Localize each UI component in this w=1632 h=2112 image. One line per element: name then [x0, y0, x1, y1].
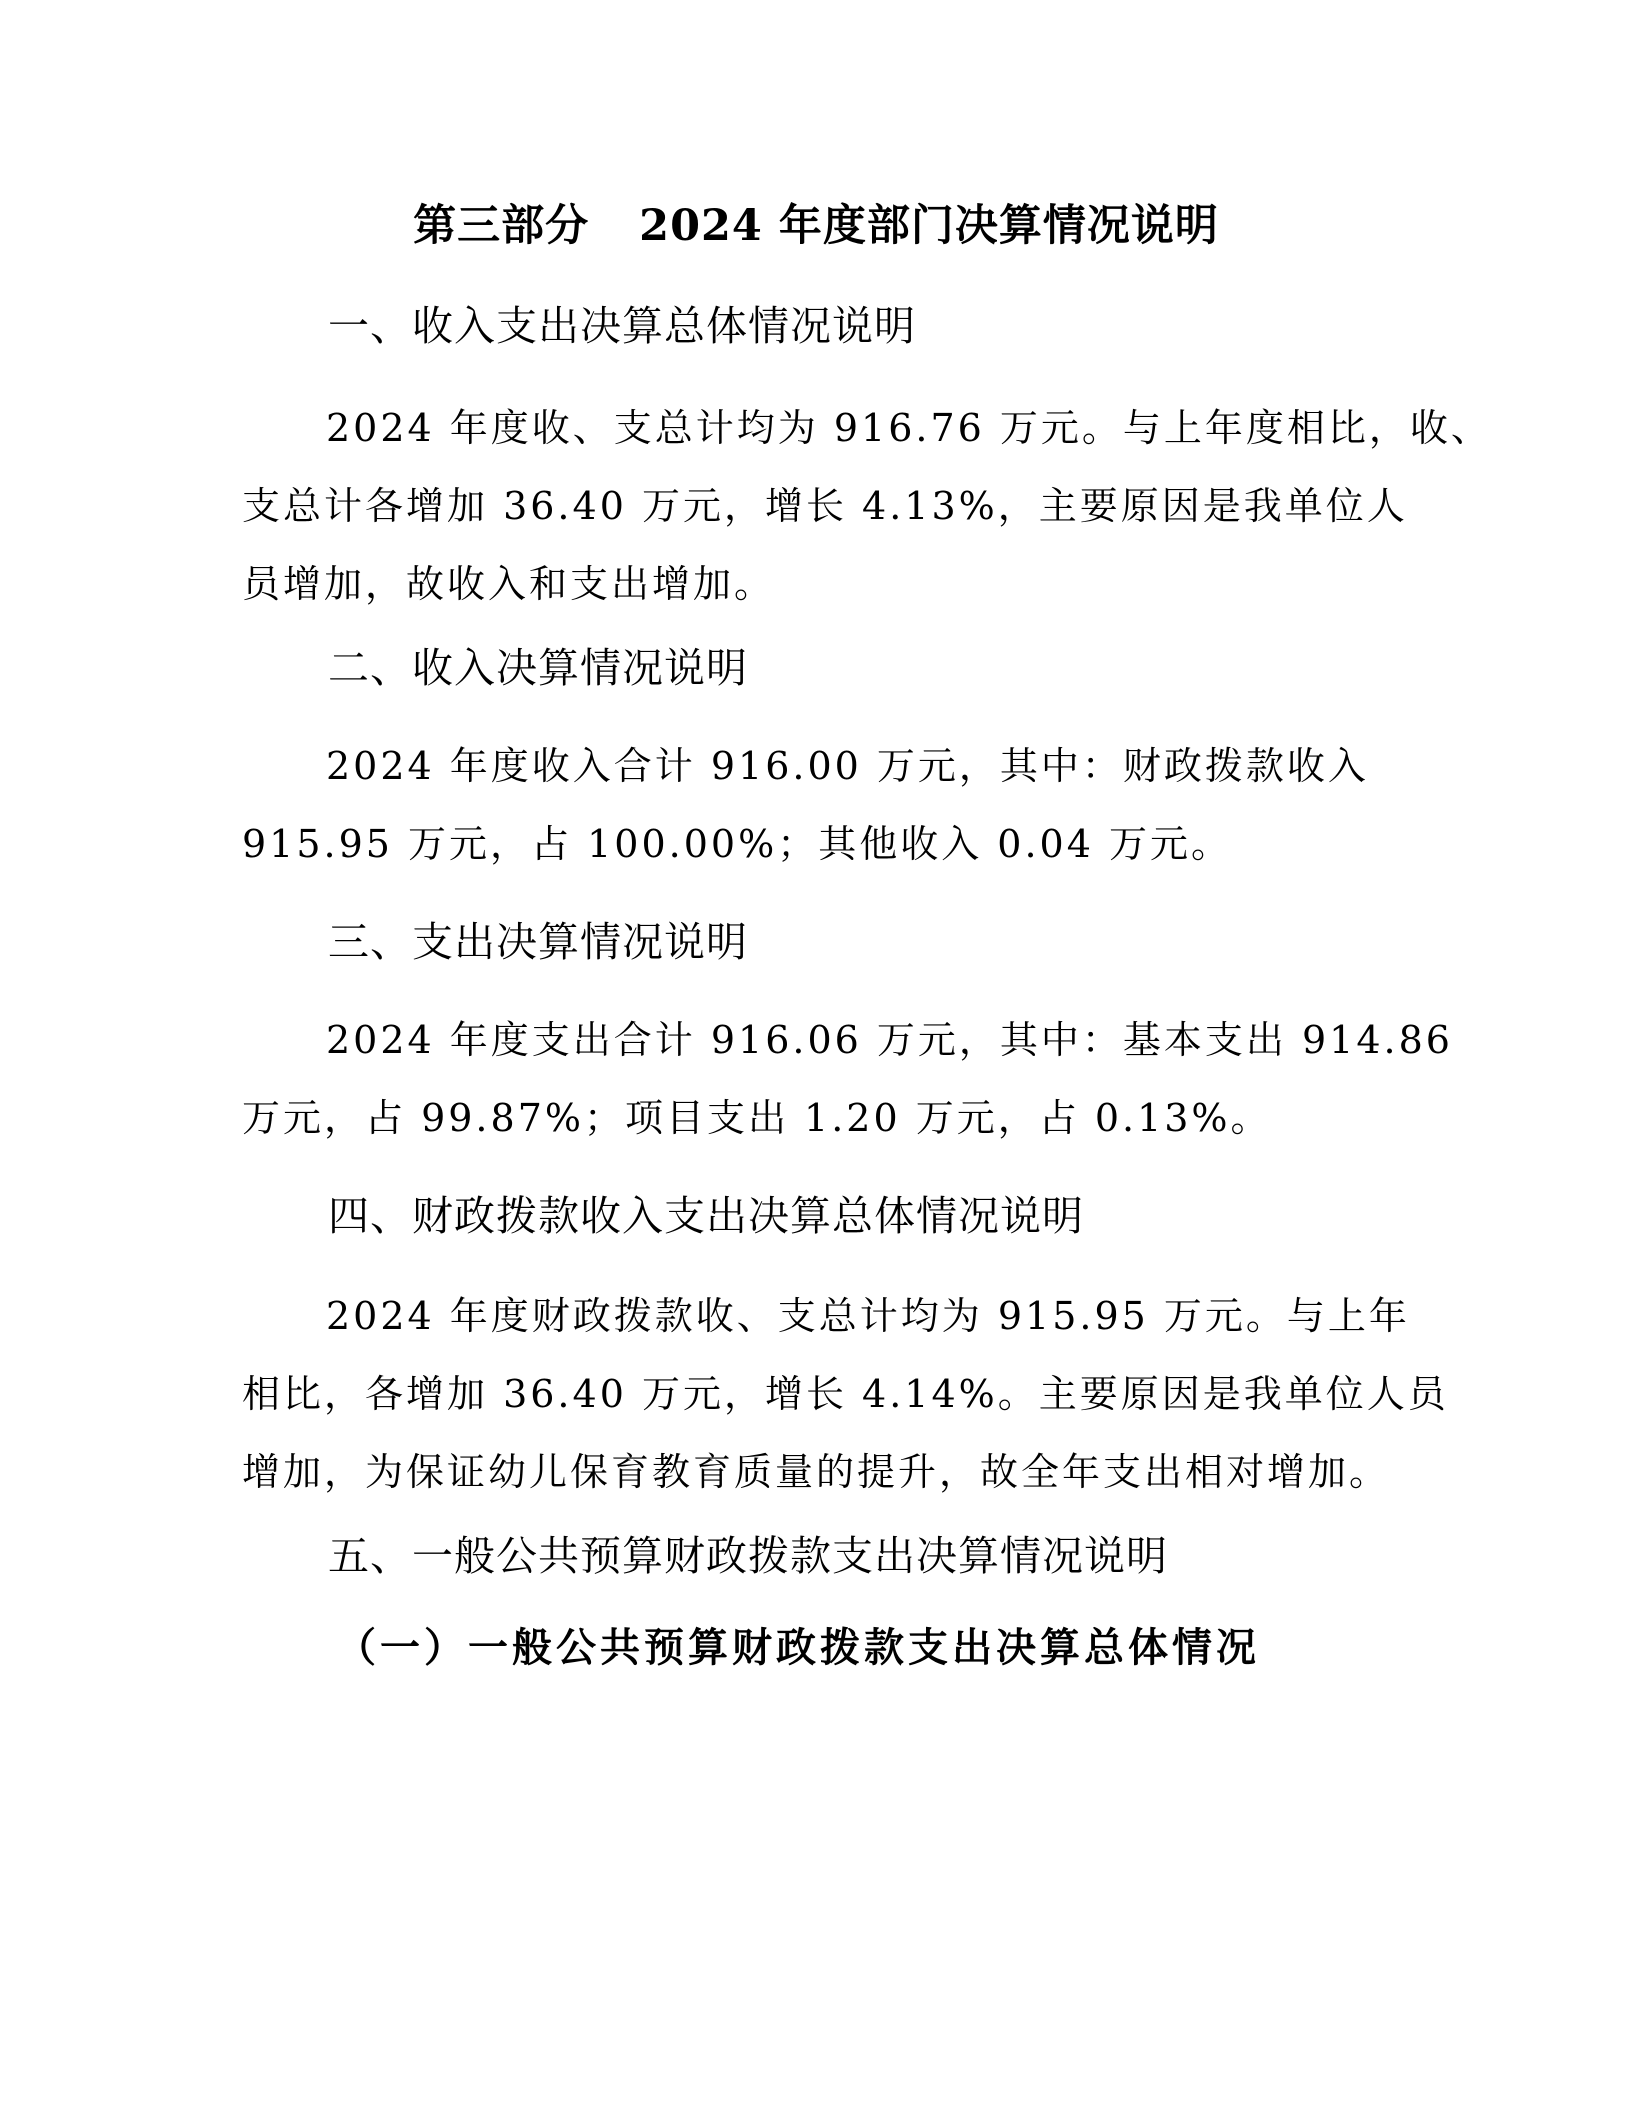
title-part: 第三部分 — [413, 201, 589, 251]
section-heading-3: 三、支出决算情况说明 — [328, 916, 748, 968]
title-main: 2024 年度部门决算情况说明 — [639, 201, 1219, 251]
paragraph-line: 2024 年度财政拨款收、支总计均为 915.95 万元。与上年 — [326, 1290, 1410, 1342]
paragraph-line: 2024 年度收、支总计均为 916.76 万元。与上年度相比，收、 — [326, 402, 1492, 454]
paragraph-line: 2024 年度收入合计 916.00 万元，其中：财政拨款收入 — [326, 740, 1369, 792]
paragraph-line: 万元，占 99.87%；项目支出 1.20 万元，占 0.13%。 — [242, 1092, 1272, 1144]
page-title: 第三部分2024 年度部门决算情况说明 — [0, 198, 1632, 254]
subsection-heading: （一）一般公共预算财政拨款支出决算总体情况 — [336, 1622, 1260, 1674]
section-heading-4: 四、财政拨款收入支出决算总体情况说明 — [328, 1190, 1084, 1242]
section-heading-2: 二、收入决算情况说明 — [328, 642, 748, 694]
paragraph-line: 相比，各增加 36.40 万元，增长 4.14%。主要原因是我单位人员 — [242, 1368, 1449, 1420]
paragraph-line: 2024 年度支出合计 916.06 万元，其中：基本支出 914.86 — [326, 1014, 1453, 1066]
paragraph-line: 增加，为保证幼儿保育教育质量的提升，故全年支出相对增加。 — [242, 1446, 1390, 1498]
document-page: 第三部分2024 年度部门决算情况说明 一、收入支出决算总体情况说明 2024 … — [0, 0, 1632, 2112]
section-heading-5: 五、一般公共预算财政拨款支出决算情况说明 — [328, 1530, 1168, 1582]
paragraph-line: 支总计各增加 36.40 万元，增长 4.13%，主要原因是我单位人 — [242, 480, 1408, 532]
paragraph-line: 915.95 万元，占 100.00%；其他收入 0.04 万元。 — [242, 818, 1232, 870]
paragraph-line: 员增加，故收入和支出增加。 — [242, 558, 775, 610]
section-heading-1: 一、收入支出决算总体情况说明 — [328, 300, 916, 352]
